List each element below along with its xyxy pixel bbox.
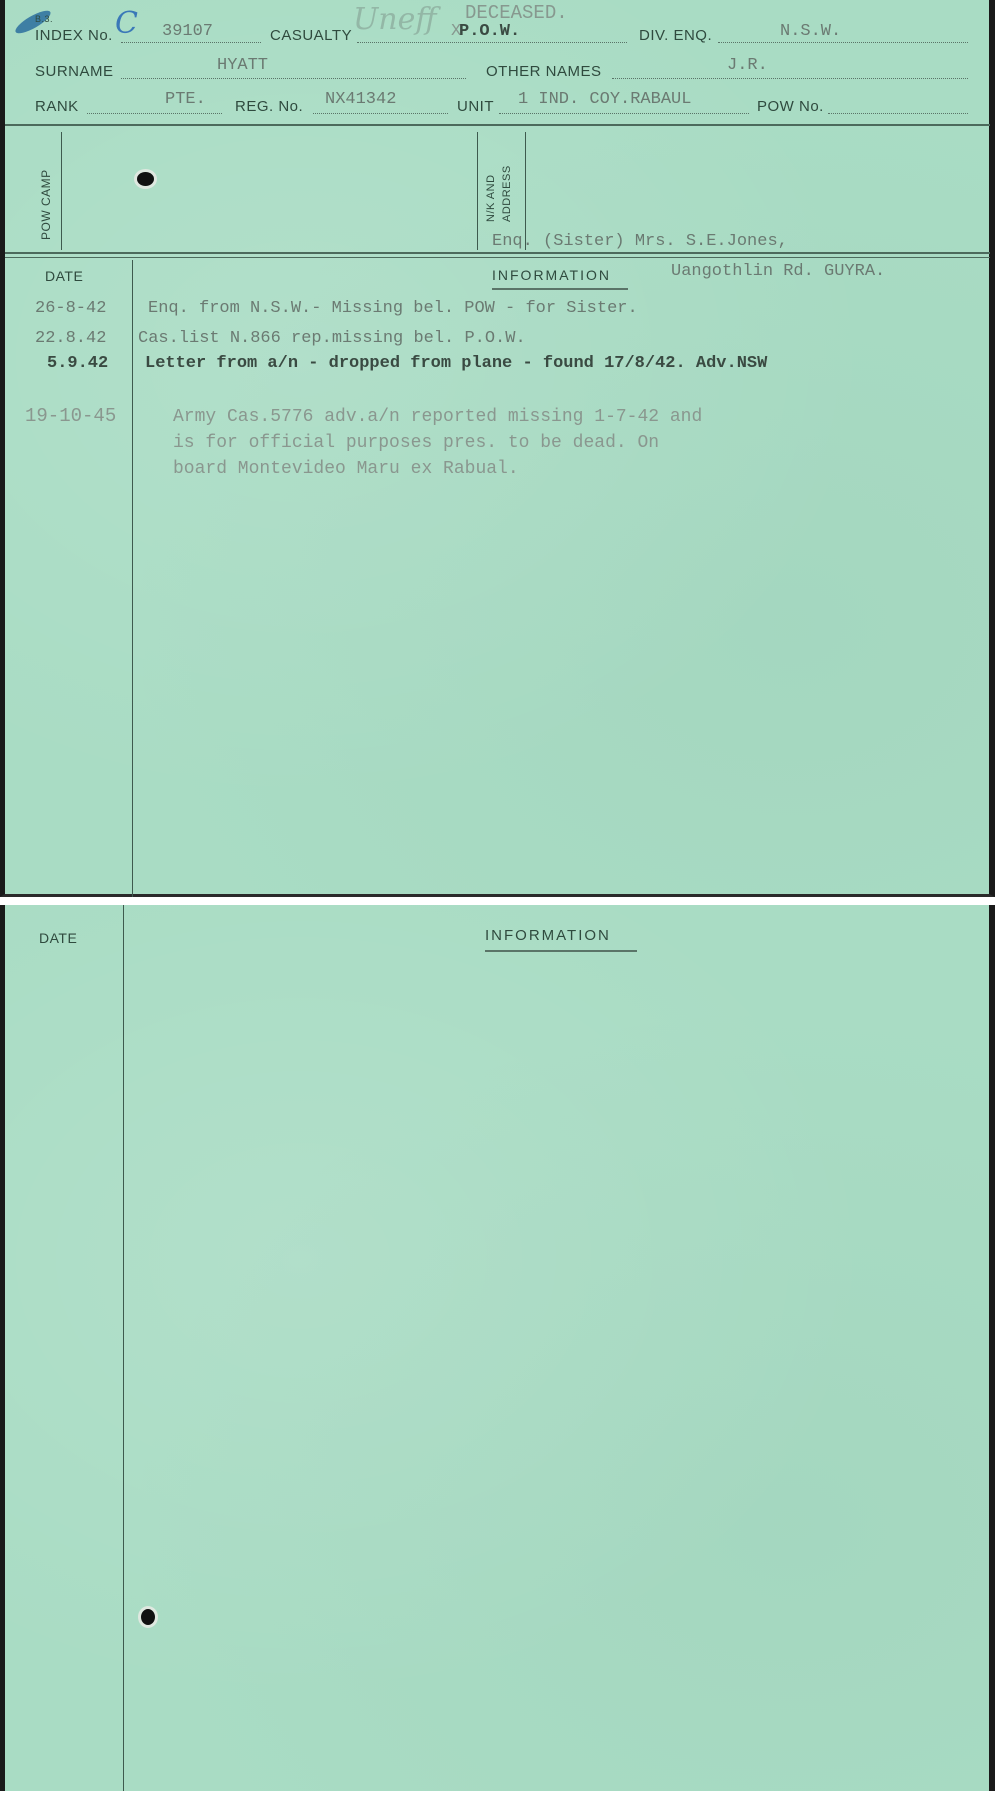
div-enq-label: DIV. ENQ. <box>639 27 712 44</box>
entry-text: Army Cas.5776 adv.a/n reported missing 1… <box>173 407 702 427</box>
date-header: DATE <box>45 268 83 284</box>
entry-date: 26-8-42 <box>35 299 106 318</box>
record-card-front: B.3. C Uneff INDEX No. 39107 CASUALTY DE… <box>0 0 995 897</box>
unit-label: UNIT <box>457 98 494 115</box>
entry-text: is for official purposes pres. to be dea… <box>173 433 659 453</box>
casualty-struck-value: DECEASED. <box>465 2 568 24</box>
form-code: B.3. <box>35 14 53 24</box>
surname-label: SURNAME <box>35 63 114 80</box>
nok-label-line1: N/K AND <box>485 174 497 222</box>
reg-no-value: NX41342 <box>325 90 396 109</box>
pow-no-label: POW No. <box>757 98 824 115</box>
other-names-label: OTHER NAMES <box>486 63 602 80</box>
record-card-back: DATE INFORMATION <box>0 905 995 1791</box>
entry-date: 22.8.42 <box>35 329 106 348</box>
entry-text: Cas.list N.866 rep.missing bel. P.O.W. <box>138 329 526 348</box>
date-header: DATE <box>39 930 77 946</box>
other-names-value: J.R. <box>727 56 768 75</box>
entry-text: Letter from a/n - dropped from plane - f… <box>145 354 767 373</box>
rank-value: PTE. <box>165 90 206 109</box>
entry-date: 19-10-45 <box>25 405 116 427</box>
entry-date: 5.9.42 <box>47 354 108 373</box>
surname-value: HYATT <box>217 56 268 75</box>
reg-no-label: REG. No. <box>235 98 303 115</box>
nok-address-line1: Enq. (Sister) Mrs. S.E.Jones, <box>492 232 788 251</box>
casualty-label: CASUALTY <box>270 27 352 44</box>
nok-address-line2: Uangothlin Rd. GUYRA. <box>671 262 885 281</box>
punch-hole <box>141 1609 155 1625</box>
index-no-label: INDEX No. <box>35 27 113 44</box>
information-header: INFORMATION <box>492 267 611 283</box>
punch-hole <box>137 172 154 186</box>
rank-label: RANK <box>35 98 79 115</box>
entry-text: Enq. from N.S.W.- Missing bel. POW - for… <box>148 299 638 318</box>
pencil-note: Uneff <box>353 2 437 37</box>
handwritten-mark: C <box>115 6 138 41</box>
div-enq-value: N.S.W. <box>780 22 841 41</box>
nok-label-line2: ADDRESS <box>501 165 513 222</box>
index-no-value: 39107 <box>162 22 213 41</box>
unit-value: 1 IND. COY.RABAUL <box>518 90 691 109</box>
pow-camp-label: POW CAMP <box>39 169 53 240</box>
casualty-value: P.O.W. <box>459 22 520 41</box>
entry-text: board Montevideo Maru ex Rabual. <box>173 459 519 479</box>
information-header: INFORMATION <box>485 927 611 944</box>
